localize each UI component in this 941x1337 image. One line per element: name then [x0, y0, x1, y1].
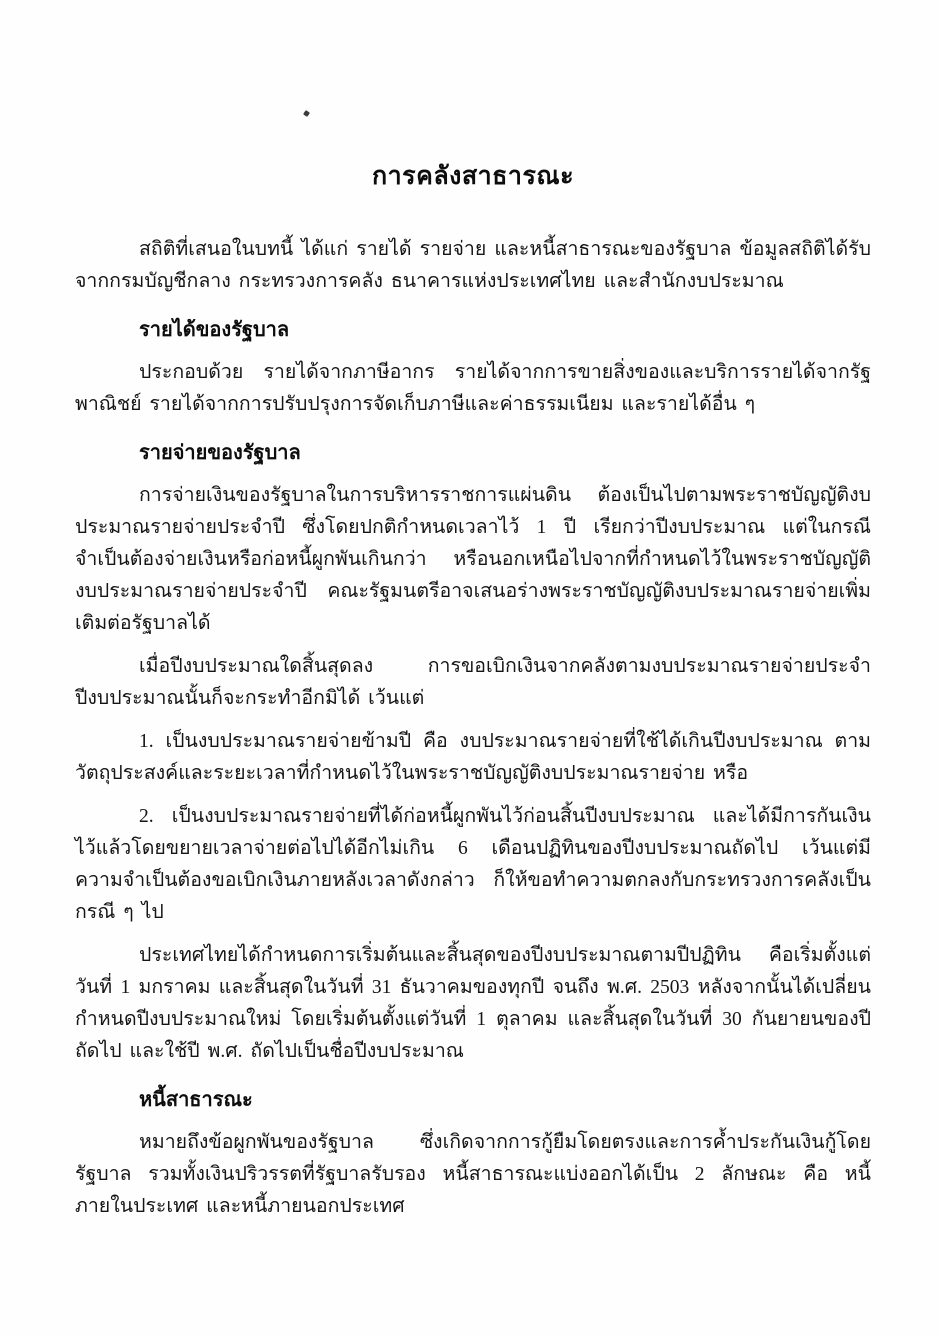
paragraph-intro: สถิติที่เสนอในบทนี้ ได้แก่ รายได้ รายจ่า… [75, 234, 871, 298]
page-title: การคลังสาธารณะ [75, 156, 871, 196]
paragraph-fiscal-year-end: เมื่อปีงบประมาณใดสิ้นสุดลง การขอเบิกเงิน… [75, 651, 871, 715]
paragraph-expenditure-body: การจ่ายเงินของรัฐบาลในการบริหารราชการแผ่… [75, 480, 871, 640]
section-heading-public-debt: หนี้สาธารณะ [139, 1084, 871, 1116]
paragraph-revenue-body: ประกอบด้วย รายได้จากภาษีอากร รายได้จากกา… [75, 357, 871, 421]
paragraph-public-debt-body: หมายถึงข้อผูกพันของรัฐบาล ซึ่งเกิดจากการ… [75, 1127, 871, 1223]
list-item-exception-2: 2. เป็นงบประมาณรายจ่ายที่ได้ก่อหนี้ผูกพั… [75, 801, 871, 929]
scanned-document-page: การคลังสาธารณะ สถิติที่เสนอในบทนี้ ได้แก… [0, 0, 941, 1337]
section-heading-expenditure: รายจ่ายของรัฐบาล [139, 437, 871, 469]
list-item-exception-1: 1. เป็นงบประมาณรายจ่ายข้ามปี คือ งบประมา… [75, 726, 871, 790]
section-heading-revenue: รายได้ของรัฐบาล [139, 314, 871, 346]
paragraph-fiscal-calendar: ประเทศไทยได้กำหนดการเริ่มต้นและสิ้นสุดขอ… [75, 940, 871, 1068]
document-content: การคลังสาธารณะ สถิติที่เสนอในบทนี้ ได้แก… [75, 0, 871, 1223]
